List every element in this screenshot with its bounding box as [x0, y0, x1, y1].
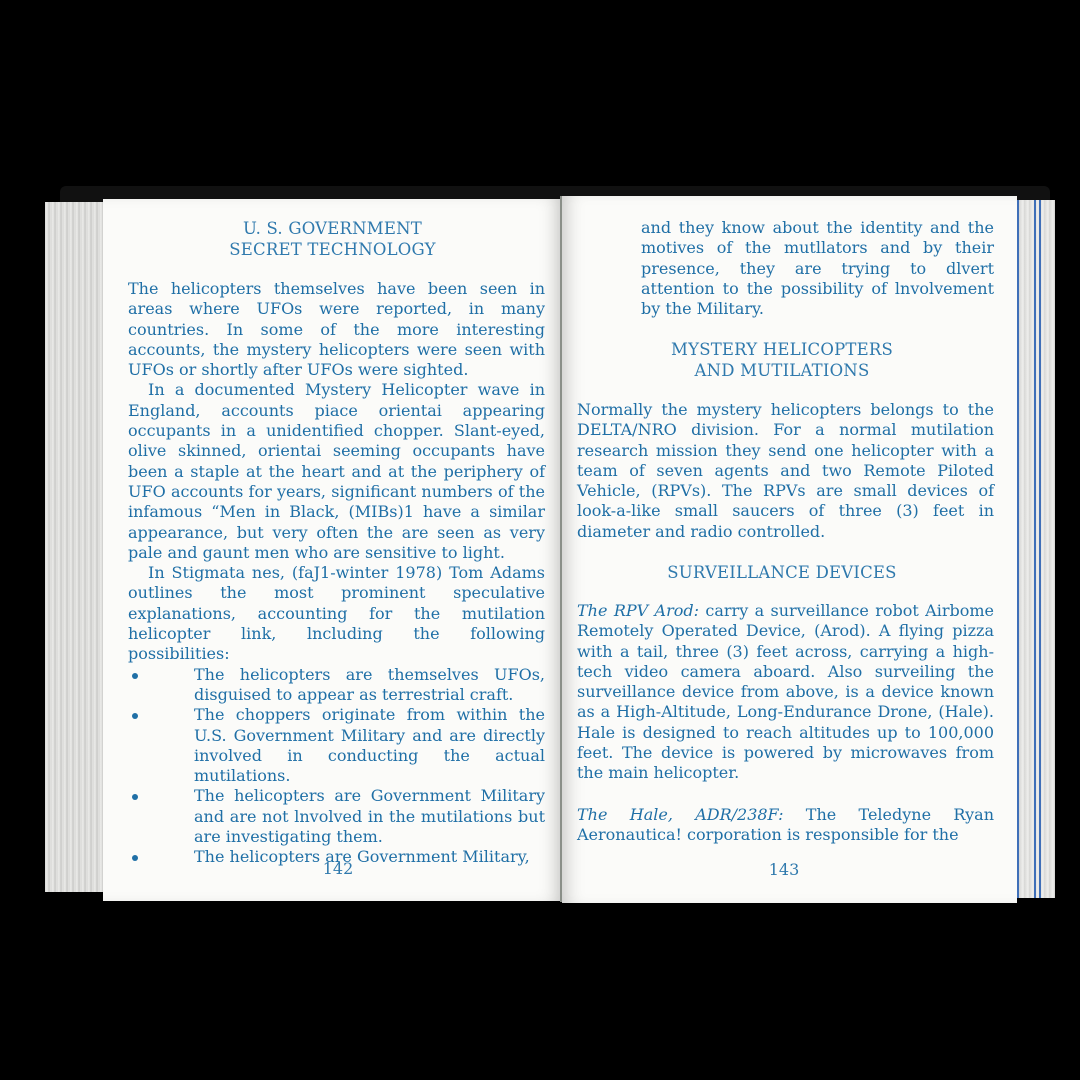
continuation-text: and they know about the identity and the… [641, 218, 994, 319]
bullet-text: The helicopters are themselves UFOs, dis… [194, 665, 545, 706]
paragraph: In a documented Mystery Helicopter wave … [128, 380, 545, 563]
bullet-item: The helicopters are themselves UFOs, dis… [128, 665, 545, 706]
heading-line: AND MUTILATIONS [562, 360, 1002, 381]
section-heading-mystery-helicopters: MYSTERY HELICOPTERS AND MUTILATIONS [562, 339, 1002, 381]
page-number: 142 [308, 859, 368, 878]
left-page-heading: U. S. GOVERNMENT SECRET TECHNOLOGY [103, 218, 562, 260]
left-page: U. S. GOVERNMENT SECRET TECHNOLOGY The h… [103, 199, 562, 901]
right-page: and they know about the identity and the… [562, 196, 1017, 903]
heading-line: U. S. GOVERNMENT [103, 218, 562, 239]
bullet-icon [128, 665, 194, 706]
paragraph: In Stigmata nes, (faJ1-winter 1978) Tom … [128, 563, 545, 664]
page-number: 143 [754, 860, 814, 879]
heading-line: MYSTERY HELICOPTERS [562, 339, 1002, 360]
left-page-body: The helicopters themselves have been see… [128, 279, 545, 868]
section-body: Normally the mystery helicopters belongs… [577, 400, 994, 542]
edge-rule [1039, 200, 1041, 898]
bullet-text: The helicopters are Government Military … [194, 786, 545, 847]
edge-rule [1034, 200, 1036, 898]
surveillance-item-arod: The RPV Arod: carry a surveillance robot… [577, 601, 994, 784]
paragraph: Normally the mystery helicopters belongs… [577, 400, 994, 542]
open-book: U. S. GOVERNMENT SECRET TECHNOLOGY The h… [0, 0, 1080, 1080]
item-title: The RPV Arod: [577, 601, 699, 620]
paragraph: The helicopters themselves have been see… [128, 279, 545, 380]
bullet-item: The choppers originate from within the U… [128, 705, 545, 786]
heading-line: SURVEILLANCE DEVICES [562, 562, 1002, 583]
bullet-item: The helicopters are Government Military … [128, 786, 545, 847]
bullet-text: The helicopters are Government Military, [194, 847, 545, 867]
bullet-text: The choppers originate from within the U… [194, 705, 545, 786]
surveillance-item-hale: The Hale, ADR/238F: The Teledyne Ryan Ae… [577, 805, 994, 846]
bullet-icon [128, 786, 194, 847]
section-heading-surveillance-devices: SURVEILLANCE DEVICES [562, 562, 1002, 583]
paragraph: and they know about the identity and the… [641, 218, 994, 319]
left-page-stack-edge [45, 202, 105, 892]
right-page-stack-edge [1015, 200, 1055, 898]
item-title: The Hale, ADR/238F: [577, 805, 783, 824]
bullet-icon [128, 705, 194, 786]
paragraph: The RPV Arod: carry a surveillance robot… [577, 601, 994, 784]
item-text: carry a surveillance robot Airbome Remot… [577, 601, 994, 782]
paragraph: The Hale, ADR/238F: The Teledyne Ryan Ae… [577, 805, 994, 846]
bullet-icon [128, 847, 194, 867]
heading-line: SECRET TECHNOLOGY [103, 239, 562, 260]
edge-rule [1017, 200, 1019, 898]
